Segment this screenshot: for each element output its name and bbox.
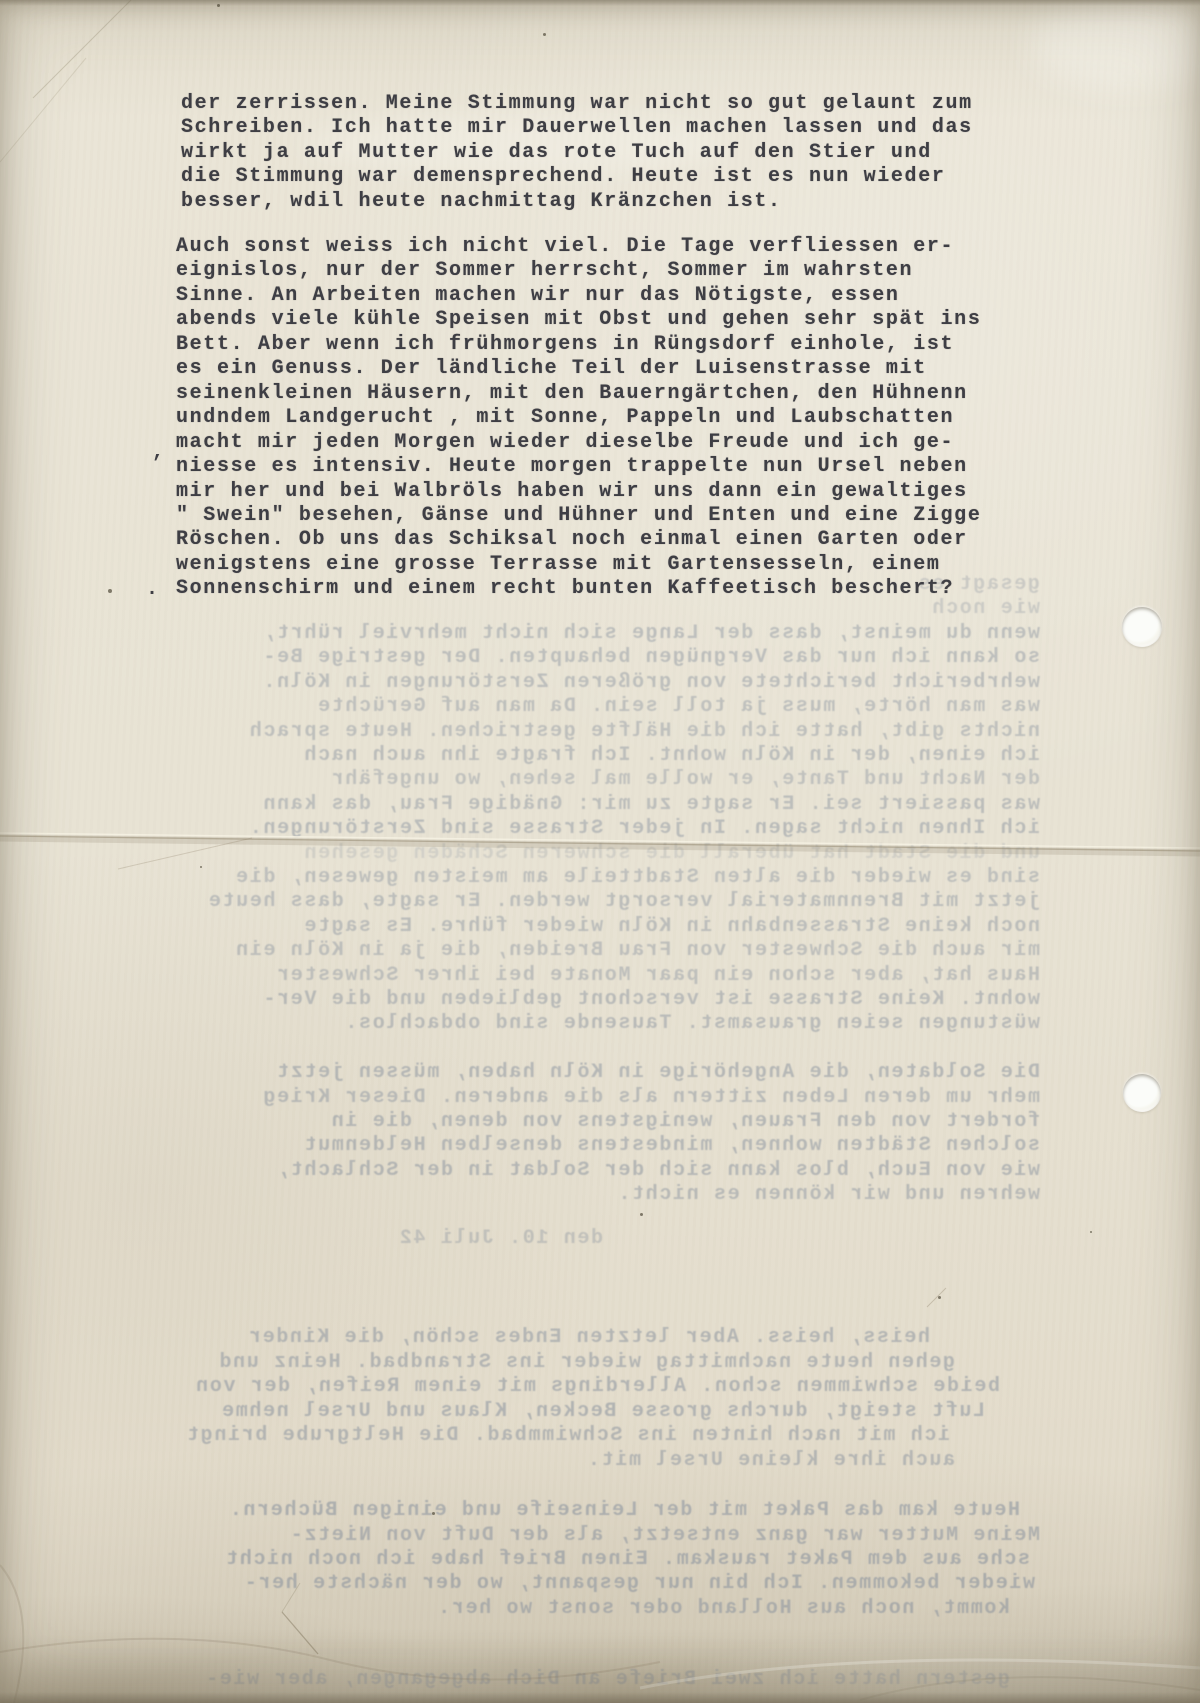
bleedthrough-line: wohnt. Keine Strasse ist verschont gebli… — [262, 988, 1040, 1012]
bleedthrough-line: Die Soldaten, die Angehörige in Köln hab… — [275, 1061, 1040, 1085]
bleedthrough-line: was passiert sei. Er sagte zu mir: Gnädi… — [262, 793, 1040, 817]
paper-speck — [200, 866, 202, 868]
bleedthrough-line: sche aus dem Paket rauskam. Einen Brief … — [225, 1548, 1030, 1572]
bleedthrough-line: ich einen, der in Köln wohnt. Ich fragte… — [303, 744, 1040, 768]
bleedthrough-line: solchen Städten wohnen, mindestens dense… — [303, 1134, 1040, 1158]
paper-speck — [1090, 1231, 1092, 1233]
bleedthrough-line: den 10. Juli 42 — [398, 1227, 603, 1251]
bleedthrough-line: nichts gibt, hatte ich die Hälfte gestri… — [248, 720, 1040, 744]
paper-top-edge — [0, 0, 1200, 6]
bleedthrough-line: wieder bekommen. Ich bin nur gespannt, w… — [243, 1572, 1035, 1596]
bleedthrough-line: auch ihre kleine Ursel mit. — [586, 1449, 955, 1473]
bleedthrough-line: noch keine Strassenbahn in Köln wieder f… — [303, 915, 1040, 939]
bleedthrough-line: der Nacht und Tante, er wolle mal sehen,… — [330, 768, 1040, 792]
bleedthrough-line: heiss, heiss. Aber letzten Endes schön, … — [247, 1326, 930, 1350]
paper-speck — [640, 1213, 643, 1216]
paper-speck — [938, 1296, 941, 1299]
bleedthrough-line: Luft steigt, durchs grosse Becken, Klaus… — [220, 1400, 985, 1424]
bleedthrough-line: mehr um deren Leben zittern als die ande… — [262, 1086, 1040, 1110]
letter-page: gesagt eswie nochwenn du meinst, dass de… — [0, 0, 1200, 1703]
bleedthrough-line: beide schwimmen schon. Allerdings mit ei… — [195, 1375, 1000, 1399]
typed-margin-mark: . — [146, 578, 158, 601]
bleedthrough-line: fordert von den Frauen, wenigstens von d… — [330, 1110, 1040, 1134]
typed-paragraph-1: der zerrissen. Meine Stimmung war nicht … — [181, 92, 973, 214]
bleedthrough-line: jetzt mit Brennmaterial versorgt werden.… — [207, 890, 1040, 914]
bleedthrough-line: wehren und wir können es nicht. — [617, 1183, 1040, 1207]
bleedthrough-line: sind es wieder die alten Stadtteile am m… — [235, 866, 1040, 890]
bleedthrough-line: ich Ihnen nicht sagen. In jeder Strasse … — [248, 817, 1040, 841]
typed-paragraph-2: Auch sonst weiss ich nicht viel. Die Tag… — [176, 235, 981, 602]
bleedthrough-line: Haus hat, aber schon ein paar Monate bei… — [275, 964, 1040, 988]
bleedthrough-line: wenn du meinst, dass der Lange sich nich… — [262, 622, 1040, 646]
bleedthrough-line: gestern hatte ich zwei Briefe an Dich ab… — [205, 1668, 1010, 1692]
bleedthrough-line: ich mit nach hinten ins Schwimmbad. Die … — [185, 1424, 950, 1448]
paper-speck — [217, 4, 220, 7]
bleedthrough-line: mir auch die Schwester von Frau Breiden,… — [235, 939, 1040, 963]
bleedthrough-line: und die Stadt hat überall die schweren S… — [303, 842, 1040, 866]
bleedthrough-line: gehen heute nachmittag wieder ins Strand… — [218, 1351, 955, 1375]
bleedthrough-line: Heute kam das Paket mit der Leinseife un… — [228, 1499, 1020, 1523]
bleedthrough-line: wie von Euch, blos kann sich der Soldat … — [275, 1159, 1040, 1183]
bleedthrough-line: so kann ich nur das Vergnügen behaupten.… — [262, 646, 1040, 670]
bleedthrough-line: kommt, noch aus Holland oder sonst wo he… — [437, 1597, 1010, 1621]
typed-margin-mark: , — [152, 441, 164, 464]
paper-bottom-edge — [0, 1692, 1200, 1703]
paper-stain — [1030, 0, 1200, 90]
punch-hole — [1122, 607, 1162, 647]
paper-speck — [543, 33, 546, 36]
bleedthrough-line: Meine Mutter war ganz entsetzt, als der … — [289, 1524, 1040, 1548]
paper-speck — [432, 1512, 435, 1515]
bleedthrough-line: wehrbericht berichtete von größeren Zers… — [262, 671, 1040, 695]
paper-speck — [108, 589, 112, 593]
punch-hole — [1123, 1074, 1161, 1112]
bleedthrough-line: wüstungen seien grausamst. Tausende sind… — [344, 1012, 1040, 1036]
bleedthrough-line: was man hörte, muss ja toll sein. Da man… — [316, 695, 1040, 719]
paper-wrinkles — [0, 1552, 1200, 1703]
